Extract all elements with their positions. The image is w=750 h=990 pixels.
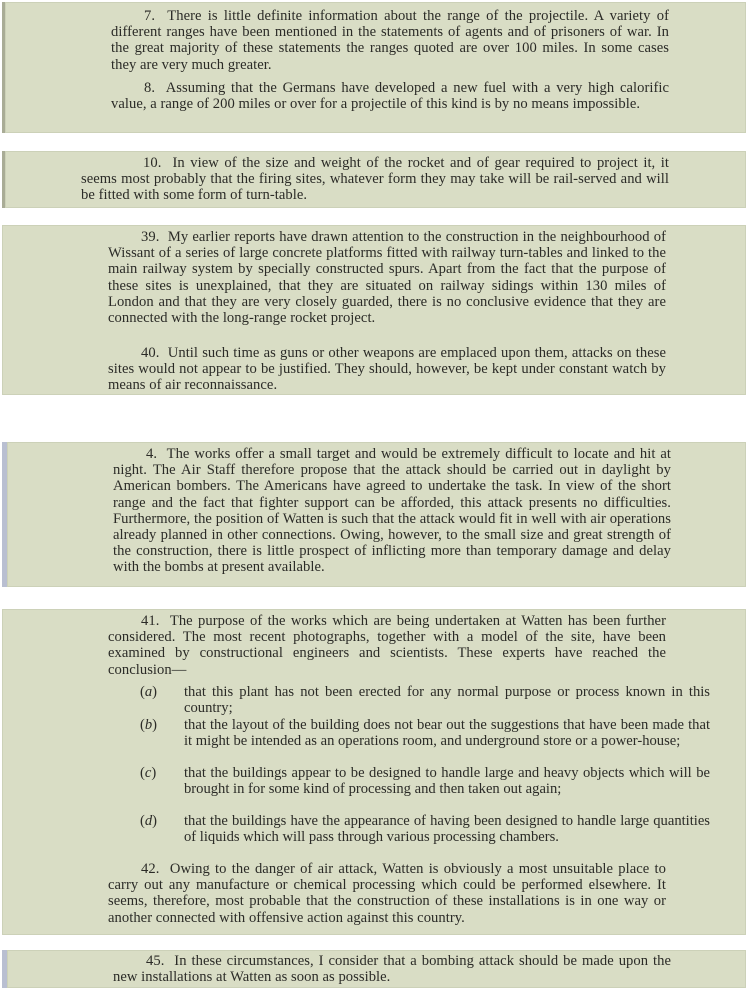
paragraph-number: 8.	[111, 80, 155, 96]
conclusion-item-c: (c)that the buildings appear to be desig…	[140, 765, 710, 797]
item-label: (d)	[140, 813, 184, 829]
item-label: (a)	[140, 684, 184, 700]
paragraph-number: 41.	[108, 613, 159, 629]
conclusion-item-d: (d)that the buildings have the appearanc…	[140, 813, 710, 845]
clipping-wissant-platforms: 39. My earlier reports have drawn attent…	[2, 225, 746, 395]
item-text: that the buildings appear to be designed…	[184, 765, 710, 797]
paragraph-text: The works offer a small target and would…	[113, 446, 671, 575]
paragraph-number: 42.	[108, 861, 159, 877]
paragraph-text: In these circumstances, I consider that …	[113, 953, 671, 985]
clipping-watten-attack: 4. The works offer a small target and wo…	[2, 442, 746, 587]
paragraph-text: Until such time as guns or other weapons…	[108, 345, 666, 393]
paragraph-number: 10.	[81, 155, 161, 171]
paragraph-4: 4. The works offer a small target and wo…	[113, 446, 671, 576]
clipping-firing-sites: 10. In view of the size and weight of th…	[2, 151, 746, 208]
item-text: that the layout of the building does not…	[184, 717, 710, 749]
item-text: that this plant has not been erected for…	[184, 684, 710, 716]
paragraph-number: 4.	[113, 446, 157, 462]
clipping-recommendation: 45. In these circumstances, I consider t…	[2, 950, 746, 988]
paragraph-7: 7. There is little definite information …	[111, 8, 669, 73]
paragraph-39: 39. My earlier reports have drawn attent…	[108, 229, 666, 326]
paragraph-42: 42. Owing to the danger of air attack, W…	[108, 861, 666, 926]
paragraph-number: 7.	[111, 8, 155, 24]
paragraph-41: 41. The purpose of the works which are b…	[108, 613, 666, 678]
paragraph-number: 40.	[108, 345, 159, 361]
clipping-watten-purpose: 41. The purpose of the works which are b…	[2, 609, 746, 935]
conclusion-item-a: (a)that this plant has not been erected …	[140, 684, 710, 716]
paragraph-8: 8. Assuming that the Germans have develo…	[111, 80, 669, 112]
paragraph-40: 40. Until such time as guns or other wea…	[108, 345, 666, 394]
paragraph-text: There is little definite information abo…	[111, 8, 669, 73]
item-text: that the buildings have the appearance o…	[184, 813, 710, 845]
paragraph-number: 39.	[108, 229, 159, 245]
item-label: (c)	[140, 765, 184, 781]
paragraph-text: My earlier reports have drawn attention …	[108, 229, 666, 326]
item-label: (b)	[140, 717, 184, 733]
paragraph-text: The purpose of the works which are being…	[108, 613, 666, 678]
paragraph-number: 45.	[113, 953, 164, 969]
clipping-range-of-projectile: 7. There is little definite information …	[2, 2, 746, 133]
paragraph-text: Assuming that the Germans have developed…	[111, 80, 669, 112]
paragraph-45: 45. In these circumstances, I consider t…	[113, 953, 671, 985]
paragraph-text: Owing to the danger of air attack, Watte…	[108, 861, 666, 926]
paragraph-10: 10. In view of the size and weight of th…	[81, 155, 669, 204]
conclusion-item-b: (b)that the layout of the building does …	[140, 717, 710, 749]
paragraph-text: In view of the size and weight of the ro…	[81, 155, 669, 203]
